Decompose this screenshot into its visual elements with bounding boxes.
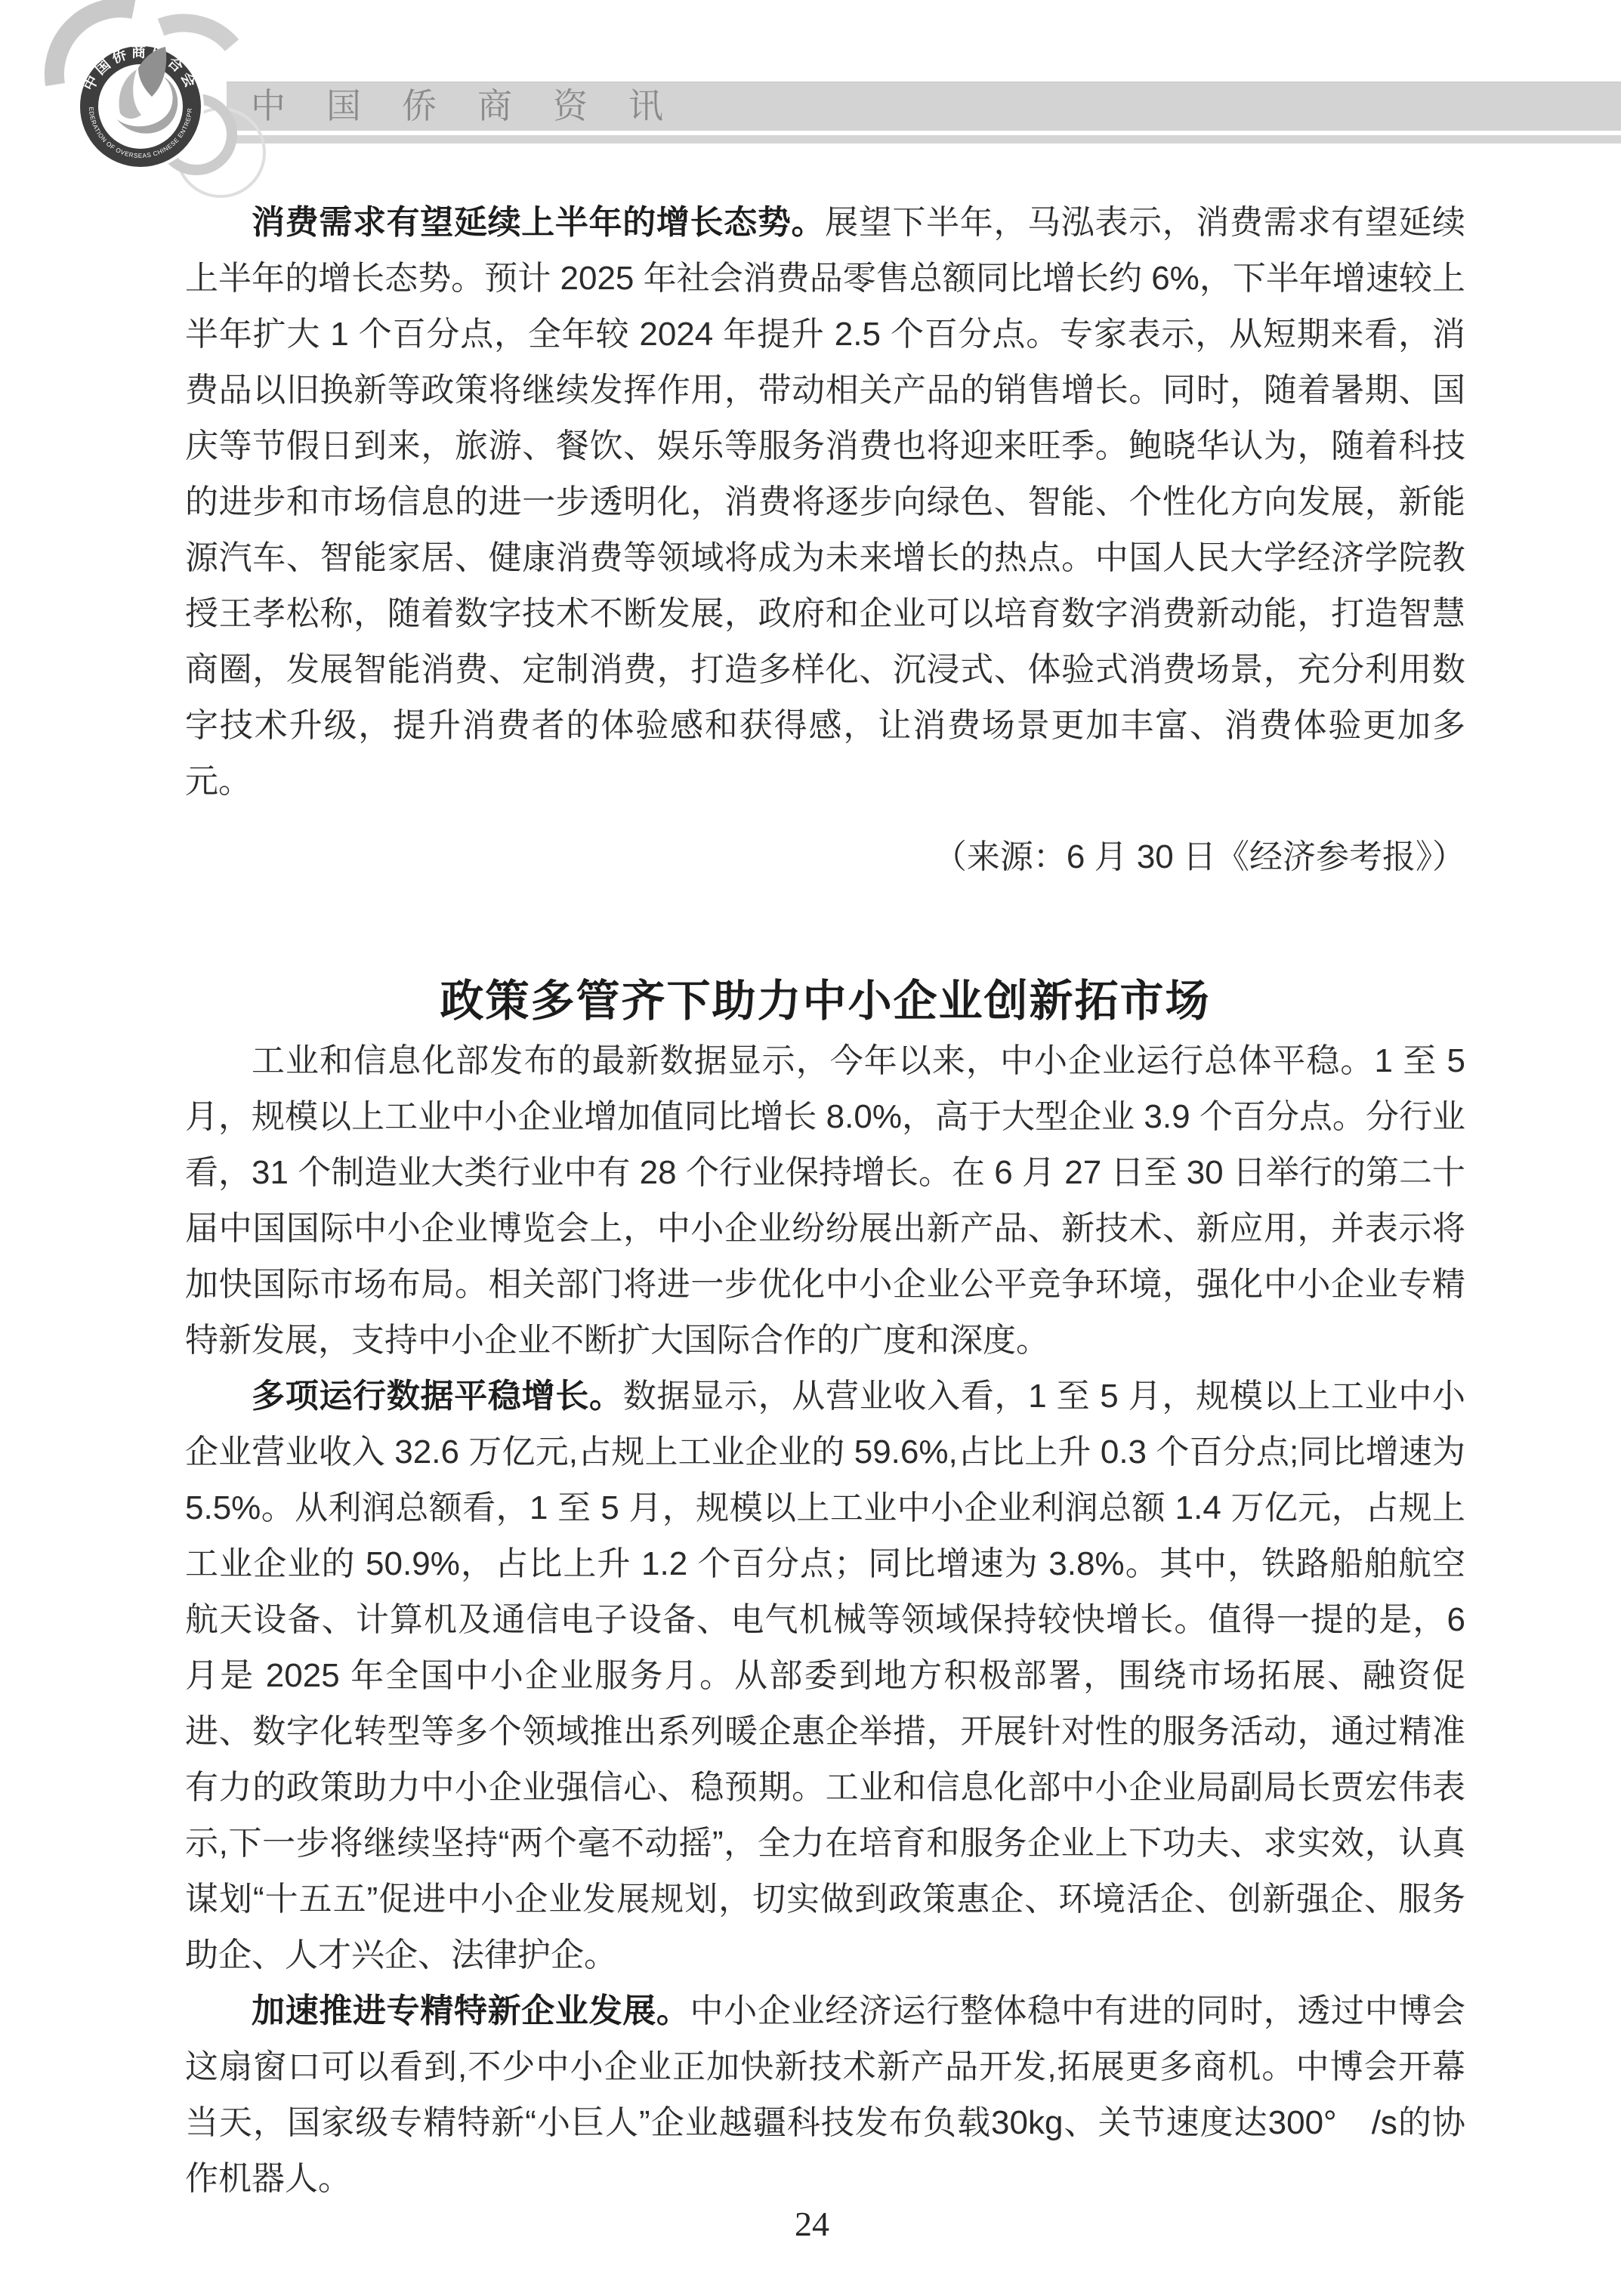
- article1-paragraph: 消费需求有望延续上半年的增长态势。展望下半年，马泓表示，消费需求有望延续上半年的…: [185, 195, 1465, 810]
- page-content: 消费需求有望延续上半年的增长态势。展望下半年，马泓表示，消费需求有望延续上半年的…: [185, 195, 1465, 2207]
- federation-logo: 中国侨商联合会 CHINA FEDERATION OF OVERSEAS CHI…: [42, 0, 283, 211]
- article2-paragraph-1: 工业和信息化部发布的最新数据显示，今年以来，中小企业运行总体平稳。1 至 5 月…: [185, 1033, 1465, 1369]
- document-page: 中国侨商资讯 中国侨商联合会 CHINA FEDERATION OF OVERS…: [0, 0, 1624, 2293]
- page-number: 24: [0, 2204, 1624, 2244]
- article2-paragraph-2-lead: 多项运行数据平稳增长。: [252, 1378, 623, 1415]
- article1-source: （来源：6 月 30 日《经济参考报》）: [185, 829, 1465, 885]
- article2-paragraph-3: 加速推进专精特新企业发展。中小企业经济运行整体稳中有进的同时，透过中博会这扇窗口…: [185, 1983, 1465, 2207]
- article1-lead: 消费需求有望延续上半年的增长态势。: [252, 204, 825, 241]
- article2-title: 政策多管齐下助力中小企业创新拓市场: [185, 970, 1465, 1033]
- article2-paragraph-2: 多项运行数据平稳增长。数据显示，从营业收入看，1 至 5 月，规模以上工业中小企…: [185, 1369, 1465, 1983]
- article2-paragraph-2-body: 数据显示，从营业收入看，1 至 5 月，规模以上工业中小企业营业收入 32.6 …: [185, 1378, 1465, 1974]
- publication-title: 中国侨商资讯: [251, 88, 704, 123]
- article2-paragraph-3-lead: 加速推进专精特新企业发展。: [252, 1992, 690, 2029]
- header-banner-strip: [227, 135, 1621, 144]
- article1-body: 展望下半年，马泓表示，消费需求有望延续上半年的增长态势。预计 2025 年社会消…: [185, 204, 1465, 800]
- article2-paragraph-1-body: 工业和信息化部发布的最新数据显示，今年以来，中小企业运行总体平稳。1 至 5 月…: [185, 1042, 1465, 1359]
- logo-swoosh-right-icon: [161, 23, 232, 45]
